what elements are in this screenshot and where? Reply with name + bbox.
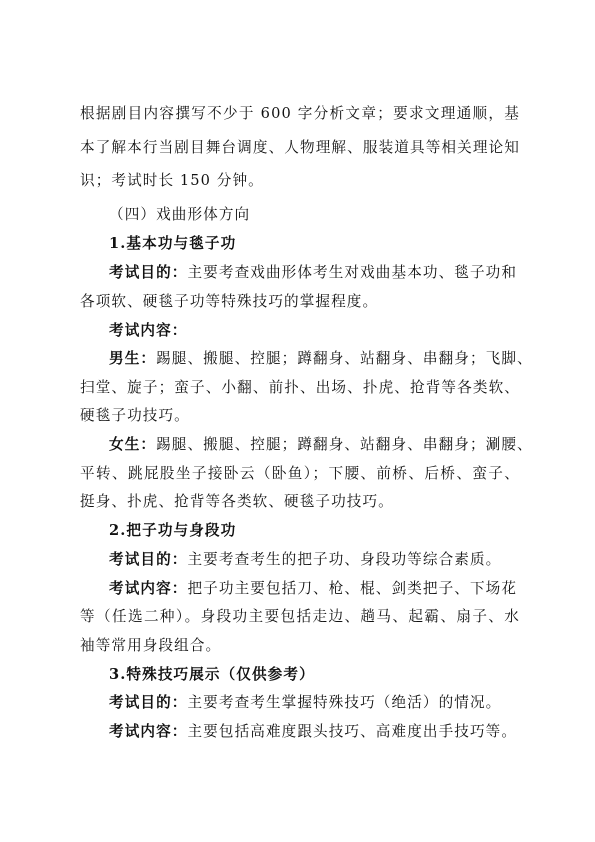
paragraph-line: 硬毯子功技巧。 (80, 406, 190, 426)
female-text: 踢腿、搬腿、控腿；蹲翻身、站翻身、串翻身；涮腰、 (156, 436, 533, 453)
paragraph-line: 等（任选二种）。身段功主要包括走边、趟马、起霸、扇子、水 (80, 607, 520, 627)
purpose-label: 考试目的： (109, 694, 187, 711)
part2-title: 2.把子功与身段功 (109, 521, 236, 541)
male-line: 男生：踢腿、搬腿、控腿；蹲翻身、站翻身、串翻身；飞脚、 (109, 349, 533, 369)
paragraph-line: 挺身、扑虎、抢背等各类软、硬毯子功技巧。 (80, 492, 394, 512)
male-text: 踢腿、搬腿、控腿；蹲翻身、站翻身、串翻身；飞脚、 (156, 350, 533, 367)
content-label: 考试内容： (109, 580, 187, 597)
female-line: 女生：踢腿、搬腿、控腿；蹲翻身、站翻身、串翻身；涮腰、 (109, 435, 533, 455)
paragraph-line: 扫堂、旋子；蛮子、小翻、前扑、出场、扑虎、抢背等各类软、 (80, 378, 520, 398)
content-label: 考试内容： (109, 723, 187, 740)
male-label: 男生： (109, 350, 156, 367)
paragraph-line: 识；考试时长 150 分钟。 (80, 171, 264, 191)
part3-content: 考试内容：主要包括高难度跟头技巧、高难度出手技巧等。 (109, 722, 517, 742)
part3-purpose: 考试目的：主要考查考生掌握特殊技巧（绝活）的情况。 (109, 693, 501, 713)
paragraph-line: 袖等常用身段组合。 (80, 636, 221, 656)
content-label: 考试内容： (109, 321, 187, 341)
part1-purpose: 考试目的：主要考查戏曲形体考生对戏曲基本功、毯子功和 (109, 263, 517, 283)
paragraph-line: 根据剧目内容撰写不少于 600 字分析文章；要求文理通顺，基 (80, 104, 520, 124)
paragraph-line: 本了解本行当剧目舞台调度、人物理解、服装道具等相关理论知 (80, 138, 520, 158)
purpose-text: 主要考查考生的把子功、身段功等综合素质。 (187, 551, 501, 568)
purpose-label: 考试目的： (109, 551, 187, 568)
part3-title: 3.特殊技巧展示（仅供参考） (109, 665, 315, 685)
content-text: 主要包括高难度跟头技巧、高难度出手技巧等。 (187, 723, 517, 740)
purpose-text: 主要考查戏曲形体考生对戏曲基本功、毯子功和 (187, 264, 517, 281)
paragraph-line: 平转、跳屁股坐子接卧云（卧鱼）；下腰、前桥、后桥、蛮子、 (80, 464, 520, 484)
female-label: 女生： (109, 436, 156, 453)
part2-purpose: 考试目的：主要考查考生的把子功、身段功等综合素质。 (109, 550, 501, 570)
purpose-text: 主要考查考生掌握特殊技巧（绝活）的情况。 (187, 694, 501, 711)
part2-content: 考试内容：把子功主要包括刀、枪、棍、剑类把子、下场花 (109, 579, 517, 599)
content-text: 把子功主要包括刀、枪、棍、剑类把子、下场花 (187, 580, 517, 597)
purpose-label: 考试目的： (109, 264, 187, 281)
paragraph-line: 各项软、硬毯子功等特殊技巧的掌握程度。 (80, 292, 378, 312)
part1-title: 1.基本功与毯子功 (109, 234, 236, 254)
section-heading: （四）戏曲形体方向 (109, 205, 250, 225)
